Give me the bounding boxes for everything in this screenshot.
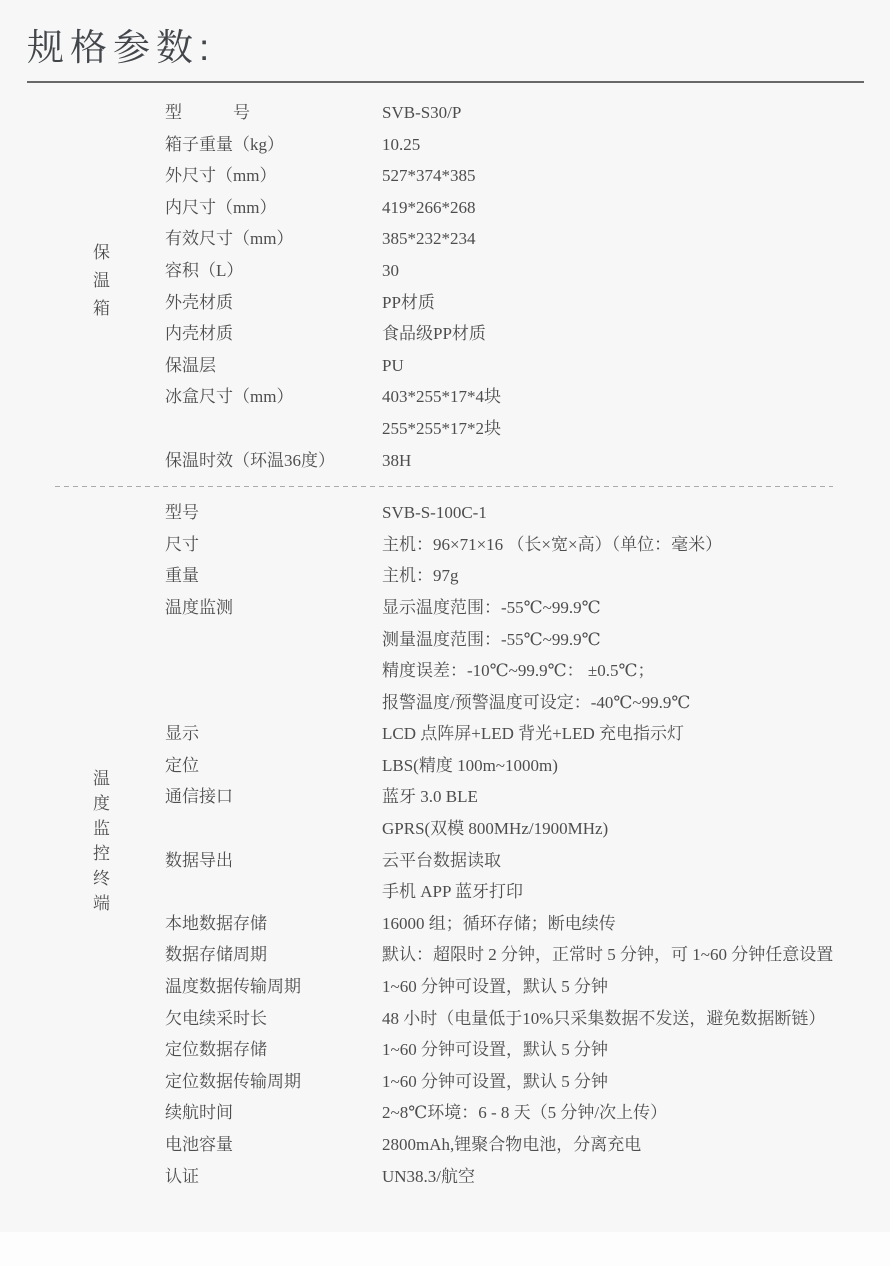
spec-row: 续航时间2~8℃环境：6 - 8 天（5 分钟/次上传） [165, 1097, 850, 1129]
spec-row-label: 型 号 [165, 97, 382, 129]
spec-row-value: 10.25 [382, 129, 850, 161]
spec-row: 保温层PU [165, 350, 850, 382]
spec-row: 尺寸主机：96×71×16 （长×宽×高）（单位：毫米） [165, 529, 850, 561]
spec-row-label: 电池容量 [165, 1129, 382, 1161]
spec-rows: 型 号SVB-S30/P箱子重量（kg）10.25外尺寸（mm）527*374*… [165, 97, 850, 476]
spec-row: 冰盒尺寸（mm）403*255*17*4块255*255*17*2块 [165, 381, 850, 444]
spec-row: 重量主机：97g [165, 560, 850, 592]
spec-row-value: 报警温度/预警温度可设定：-40℃~99.9℃ [382, 687, 850, 719]
spec-row-label: 认证 [165, 1161, 382, 1193]
spec-row-values: 2~8℃环境：6 - 8 天（5 分钟/次上传） [382, 1097, 850, 1129]
spec-row-label: 外尺寸（mm） [165, 160, 382, 192]
spec-row-label: 温度监测 [165, 592, 382, 624]
spec-row-value: 主机：97g [382, 560, 850, 592]
section-label: 温度监控终端 [87, 769, 112, 919]
section-label: 保温箱 [87, 243, 112, 327]
spec-row-label: 数据导出 [165, 845, 382, 877]
spec-row-value: 测量温度范围：-55℃~99.9℃ [382, 624, 850, 656]
spec-row: 欠电续采时长48 小时（电量低于10%只采集数据不发送，避免数据断链） [165, 1003, 850, 1035]
spec-sheet: 规格参数: 保温箱型 号SVB-S30/P箱子重量（kg）10.25外尺寸（mm… [0, 0, 890, 1232]
spec-row-values: UN38.3/航空 [382, 1161, 850, 1193]
spec-row: 定位数据存储1~60 分钟可设置，默认 5 分钟 [165, 1034, 850, 1066]
spec-row-label: 内尺寸（mm） [165, 192, 382, 224]
spec-row-values: SVB-S-100C-1 [382, 497, 850, 529]
spec-row-label: 温度数据传输周期 [165, 971, 382, 1003]
spec-table: 保温箱型 号SVB-S30/P箱子重量（kg）10.25外尺寸（mm）527*3… [0, 83, 890, 1200]
spec-row-label: 定位数据存储 [165, 1034, 382, 1066]
spec-row: 数据导出云平台数据读取手机 APP 蓝牙打印 [165, 845, 850, 908]
spec-row-value: 2~8℃环境：6 - 8 天（5 分钟/次上传） [382, 1097, 850, 1129]
spec-row-value: 527*374*385 [382, 160, 850, 192]
section-temp-monitor-terminal: 温度监控终端型号SVB-S-100C-1尺寸主机：96×71×16 （长×宽×高… [0, 487, 890, 1200]
spec-row-value: 主机：96×71×16 （长×宽×高）（单位：毫米） [382, 529, 850, 561]
spec-row-label: 欠电续采时长 [165, 1003, 382, 1035]
spec-row-values: PU [382, 350, 850, 382]
spec-row-values: 385*232*234 [382, 223, 850, 255]
spec-row-label: 容积（L） [165, 255, 382, 287]
spec-row-values: 527*374*385 [382, 160, 850, 192]
spec-row: 内尺寸（mm）419*266*268 [165, 192, 850, 224]
spec-row-value: LBS(精度 100m~1000m) [382, 750, 850, 782]
spec-row-label: 通信接口 [165, 781, 382, 813]
spec-row-value: 手机 APP 蓝牙打印 [382, 876, 850, 908]
spec-row-label: 定位 [165, 750, 382, 782]
spec-row-label: 尺寸 [165, 529, 382, 561]
spec-rows: 型号SVB-S-100C-1尺寸主机：96×71×16 （长×宽×高）（单位：毫… [165, 497, 850, 1192]
page-title: 规格参数: [0, 0, 890, 72]
spec-row-label: 数据存储周期 [165, 939, 382, 971]
spec-row-values: 403*255*17*4块255*255*17*2块 [382, 381, 850, 444]
spec-row-label: 冰盒尺寸（mm） [165, 381, 382, 413]
spec-row-value: 419*266*268 [382, 192, 850, 224]
spec-row-label: 型号 [165, 497, 382, 529]
spec-row-value: SVB-S30/P [382, 97, 850, 129]
spec-row-values: 食品级PP材质 [382, 318, 850, 350]
spec-row-value: GPRS(双模 800MHz/1900MHz) [382, 813, 850, 845]
bottom-strip [0, 1232, 890, 1266]
spec-row-values: 1~60 分钟可设置，默认 5 分钟 [382, 1034, 850, 1066]
spec-row: 保温时效（环温36度）38H [165, 445, 850, 477]
spec-row-label: 本地数据存储 [165, 908, 382, 940]
spec-row-label: 内壳材质 [165, 318, 382, 350]
spec-row-value: 255*255*17*2块 [382, 413, 850, 445]
spec-row-value: 蓝牙 3.0 BLE [382, 781, 850, 813]
spec-row-value: 1~60 分钟可设置，默认 5 分钟 [382, 1066, 850, 1098]
spec-row-value: 默认：超限时 2 分钟，正常时 5 分钟，可 1~60 分钟任意设置 [382, 939, 850, 971]
spec-row-values: 16000 组；循环存储；断电续传 [382, 908, 850, 940]
spec-row-label: 有效尺寸（mm） [165, 223, 382, 255]
spec-row: 温度数据传输周期1~60 分钟可设置，默认 5 分钟 [165, 971, 850, 1003]
spec-row-value: PU [382, 350, 850, 382]
spec-row-values: 蓝牙 3.0 BLEGPRS(双模 800MHz/1900MHz) [382, 781, 850, 844]
spec-row-values: 38H [382, 445, 850, 477]
spec-row-value: LCD 点阵屏+LED 背光+LED 充电指示灯 [382, 718, 850, 750]
spec-row-values: 419*266*268 [382, 192, 850, 224]
spec-row-values: SVB-S30/P [382, 97, 850, 129]
spec-row: 通信接口蓝牙 3.0 BLEGPRS(双模 800MHz/1900MHz) [165, 781, 850, 844]
spec-row-values: 默认：超限时 2 分钟，正常时 5 分钟，可 1~60 分钟任意设置 [382, 939, 850, 971]
spec-row-values: 主机：96×71×16 （长×宽×高）（单位：毫米） [382, 529, 850, 561]
spec-row: 定位LBS(精度 100m~1000m) [165, 750, 850, 782]
spec-row-value: 食品级PP材质 [382, 318, 850, 350]
spec-row-values: 主机：97g [382, 560, 850, 592]
spec-row-value: 16000 组；循环存储；断电续传 [382, 908, 850, 940]
spec-row-value: 38H [382, 445, 850, 477]
spec-row-value: 48 小时（电量低于10%只采集数据不发送，避免数据断链） [382, 1003, 850, 1035]
spec-row-value: 显示温度范围：-55℃~99.9℃ [382, 592, 850, 624]
spec-row-values: 48 小时（电量低于10%只采集数据不发送，避免数据断链） [382, 1003, 850, 1035]
spec-row: 温度监测显示温度范围：-55℃~99.9℃测量温度范围：-55℃~99.9℃精度… [165, 592, 850, 718]
spec-row-label: 保温时效（环温36度） [165, 445, 382, 477]
spec-row-values: 10.25 [382, 129, 850, 161]
spec-row-value: 精度误差：-10℃~99.9℃： ±0.5℃； [382, 655, 850, 687]
spec-row-value: 云平台数据读取 [382, 845, 850, 877]
spec-row-values: 云平台数据读取手机 APP 蓝牙打印 [382, 845, 850, 908]
spec-row: 箱子重量（kg）10.25 [165, 129, 850, 161]
spec-row-value: 385*232*234 [382, 223, 850, 255]
spec-row-label: 保温层 [165, 350, 382, 382]
spec-row: 外尺寸（mm）527*374*385 [165, 160, 850, 192]
spec-row: 本地数据存储16000 组；循环存储；断电续传 [165, 908, 850, 940]
spec-row-label: 显示 [165, 718, 382, 750]
spec-row: 电池容量2800mAh,锂聚合物电池，分离充电 [165, 1129, 850, 1161]
spec-row: 显示LCD 点阵屏+LED 背光+LED 充电指示灯 [165, 718, 850, 750]
spec-row-label: 定位数据传输周期 [165, 1066, 382, 1098]
spec-row: 认证UN38.3/航空 [165, 1161, 850, 1193]
spec-row-values: PP材质 [382, 287, 850, 319]
spec-row: 数据存储周期默认：超限时 2 分钟，正常时 5 分钟，可 1~60 分钟任意设置 [165, 939, 850, 971]
spec-row-value: 30 [382, 255, 850, 287]
spec-row-values: 2800mAh,锂聚合物电池，分离充电 [382, 1129, 850, 1161]
spec-row: 有效尺寸（mm）385*232*234 [165, 223, 850, 255]
spec-row-values: 30 [382, 255, 850, 287]
spec-row: 定位数据传输周期1~60 分钟可设置，默认 5 分钟 [165, 1066, 850, 1098]
spec-row-label: 外壳材质 [165, 287, 382, 319]
spec-row-label: 箱子重量（kg） [165, 129, 382, 161]
spec-row-value: 1~60 分钟可设置，默认 5 分钟 [382, 1034, 850, 1066]
spec-row-values: 1~60 分钟可设置，默认 5 分钟 [382, 971, 850, 1003]
spec-row: 内壳材质食品级PP材质 [165, 318, 850, 350]
spec-row-values: 1~60 分钟可设置，默认 5 分钟 [382, 1066, 850, 1098]
spec-row-value: 1~60 分钟可设置，默认 5 分钟 [382, 971, 850, 1003]
spec-row: 容积（L）30 [165, 255, 850, 287]
spec-row-values: 显示温度范围：-55℃~99.9℃测量温度范围：-55℃~99.9℃精度误差：-… [382, 592, 850, 718]
spec-row-value: SVB-S-100C-1 [382, 497, 850, 529]
spec-row-value: 2800mAh,锂聚合物电池，分离充电 [382, 1129, 850, 1161]
spec-row-label: 重量 [165, 560, 382, 592]
spec-row-value: UN38.3/航空 [382, 1161, 850, 1193]
section-insulated-box: 保温箱型 号SVB-S30/P箱子重量（kg）10.25外尺寸（mm）527*3… [0, 83, 890, 486]
spec-row: 外壳材质PP材质 [165, 287, 850, 319]
spec-row-value: PP材质 [382, 287, 850, 319]
spec-row-values: LCD 点阵屏+LED 背光+LED 充电指示灯 [382, 718, 850, 750]
spec-row-values: LBS(精度 100m~1000m) [382, 750, 850, 782]
spec-row-label: 续航时间 [165, 1097, 382, 1129]
spec-row: 型号SVB-S-100C-1 [165, 497, 850, 529]
spec-row-value: 403*255*17*4块 [382, 381, 850, 413]
spec-row: 型 号SVB-S30/P [165, 97, 850, 129]
